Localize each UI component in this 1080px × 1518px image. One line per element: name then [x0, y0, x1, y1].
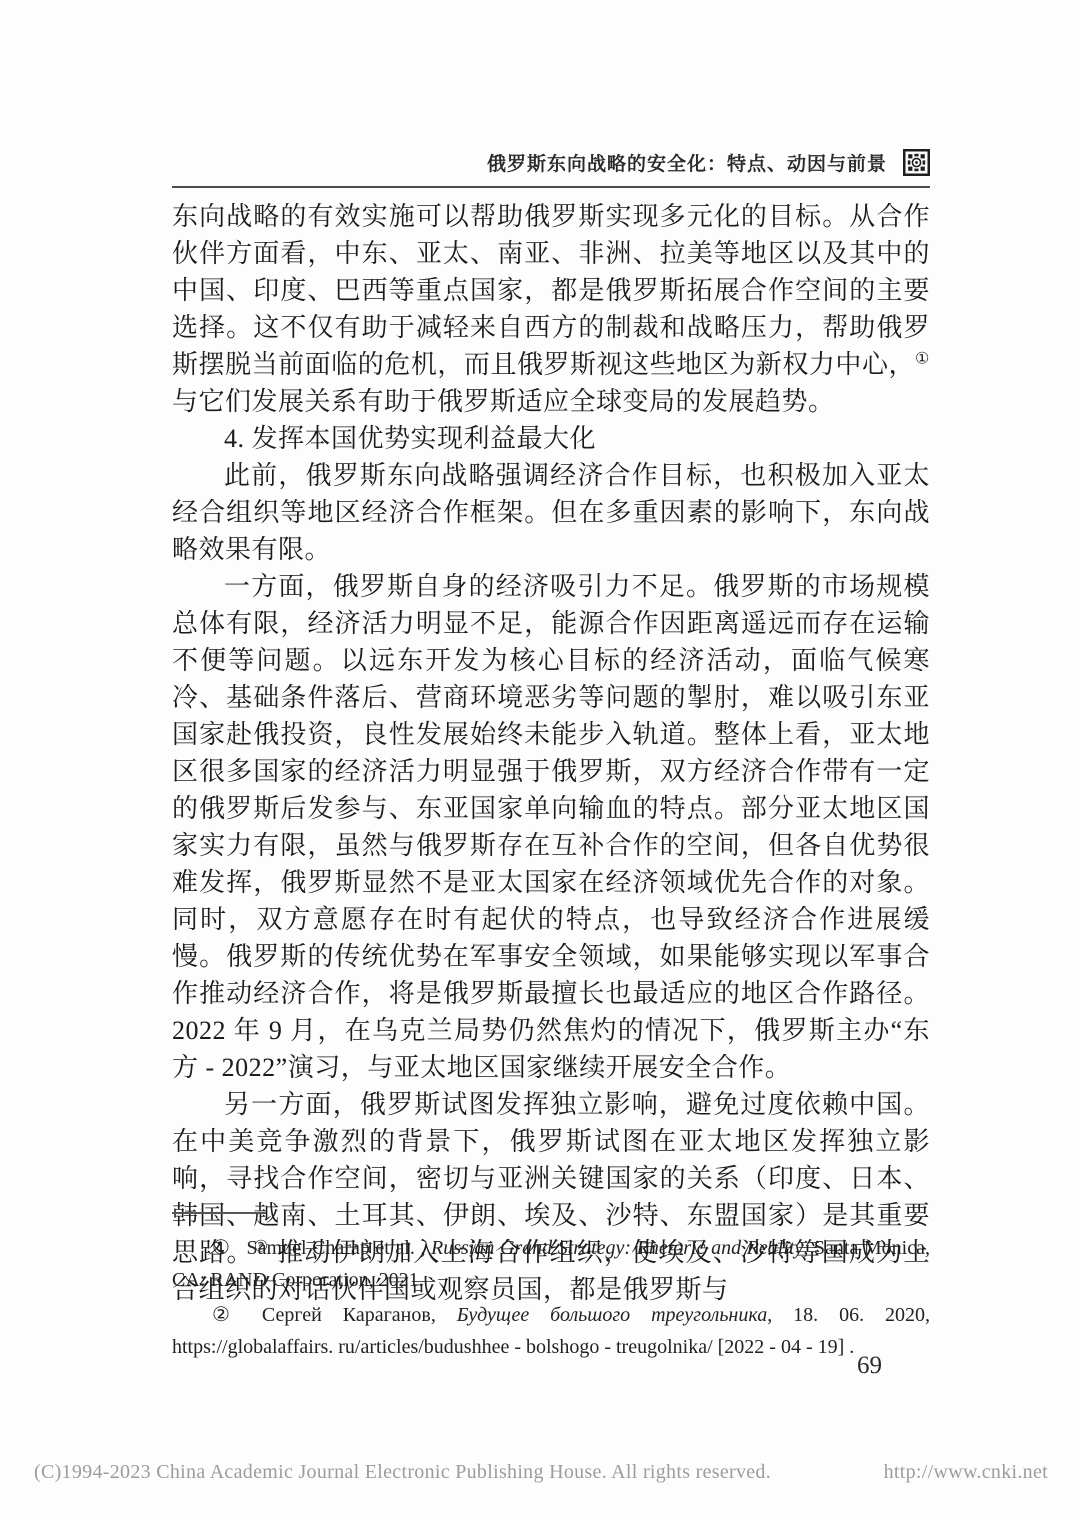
- cnki-url: http://www.cnki.net: [884, 1461, 1048, 1484]
- footnote-divider: [172, 1212, 266, 1214]
- footnote-1-text: Samuel Charap et al. ,: [247, 1237, 432, 1259]
- footnote-1-title: Russian Grand Strategy: Rhetoric and Rea…: [431, 1237, 803, 1259]
- copyright-footer: (C)1994-2023 China Academic Journal Elec…: [34, 1461, 1048, 1484]
- footnote-1: ①Samuel Charap et al. , Russian Grand St…: [172, 1232, 930, 1296]
- footnote-2-title: Будущее большого треугольника: [457, 1304, 767, 1326]
- footnotes: ①Samuel Charap et al. , Russian Grand St…: [172, 1232, 930, 1363]
- running-header: 俄罗斯东向战略的安全化：特点、动因与前景: [172, 144, 930, 180]
- header-divider: [172, 186, 930, 188]
- footnote-block: ①Samuel Charap et al. , Russian Grand St…: [172, 1212, 930, 1366]
- ornament-stamp-icon: [903, 149, 930, 176]
- paragraph-text: 与它们发展关系有助于俄罗斯适应全球变局的发展趋势。: [172, 387, 835, 416]
- copyright-text: (C)1994-2023 China Academic Journal Elec…: [34, 1461, 771, 1484]
- paragraph: 东向战略的有效实施可以帮助俄罗斯实现多元化的目标。从合作伙伴方面看，中东、亚太、…: [172, 198, 930, 420]
- footnote-ref-1: ①: [915, 350, 930, 367]
- footnote-1-marker: ①: [212, 1237, 231, 1259]
- journal-page: 俄罗斯东向战略的安全化：特点、动因与前景 东向战略的有效实施可以帮助俄罗斯实现多…: [0, 0, 1080, 1518]
- article-body: 东向战略的有效实施可以帮助俄罗斯实现多元化的目标。从合作伙伴方面看，中东、亚太、…: [172, 198, 930, 1308]
- paragraph-text: 东向战略的有效实施可以帮助俄罗斯实现多元化的目标。从合作伙伴方面看，中东、亚太、…: [172, 202, 930, 379]
- paragraph: 一方面，俄罗斯自身的经济吸引力不足。俄罗斯的市场规模总体有限，经济活力明显不足，…: [172, 568, 930, 1086]
- running-header-title: 俄罗斯东向战略的安全化：特点、动因与前景: [487, 149, 887, 176]
- section-heading: 4. 发挥本国优势实现利益最大化: [172, 420, 930, 457]
- footnote-2-marker: ②: [212, 1304, 246, 1326]
- paragraph: 此前，俄罗斯东向战略强调经济合作目标，也积极加入亚太经合组织等地区经济合作框架。…: [172, 457, 930, 568]
- page-number: 69: [172, 1352, 930, 1380]
- footnote-2-text: Сергей Караганов,: [262, 1304, 457, 1326]
